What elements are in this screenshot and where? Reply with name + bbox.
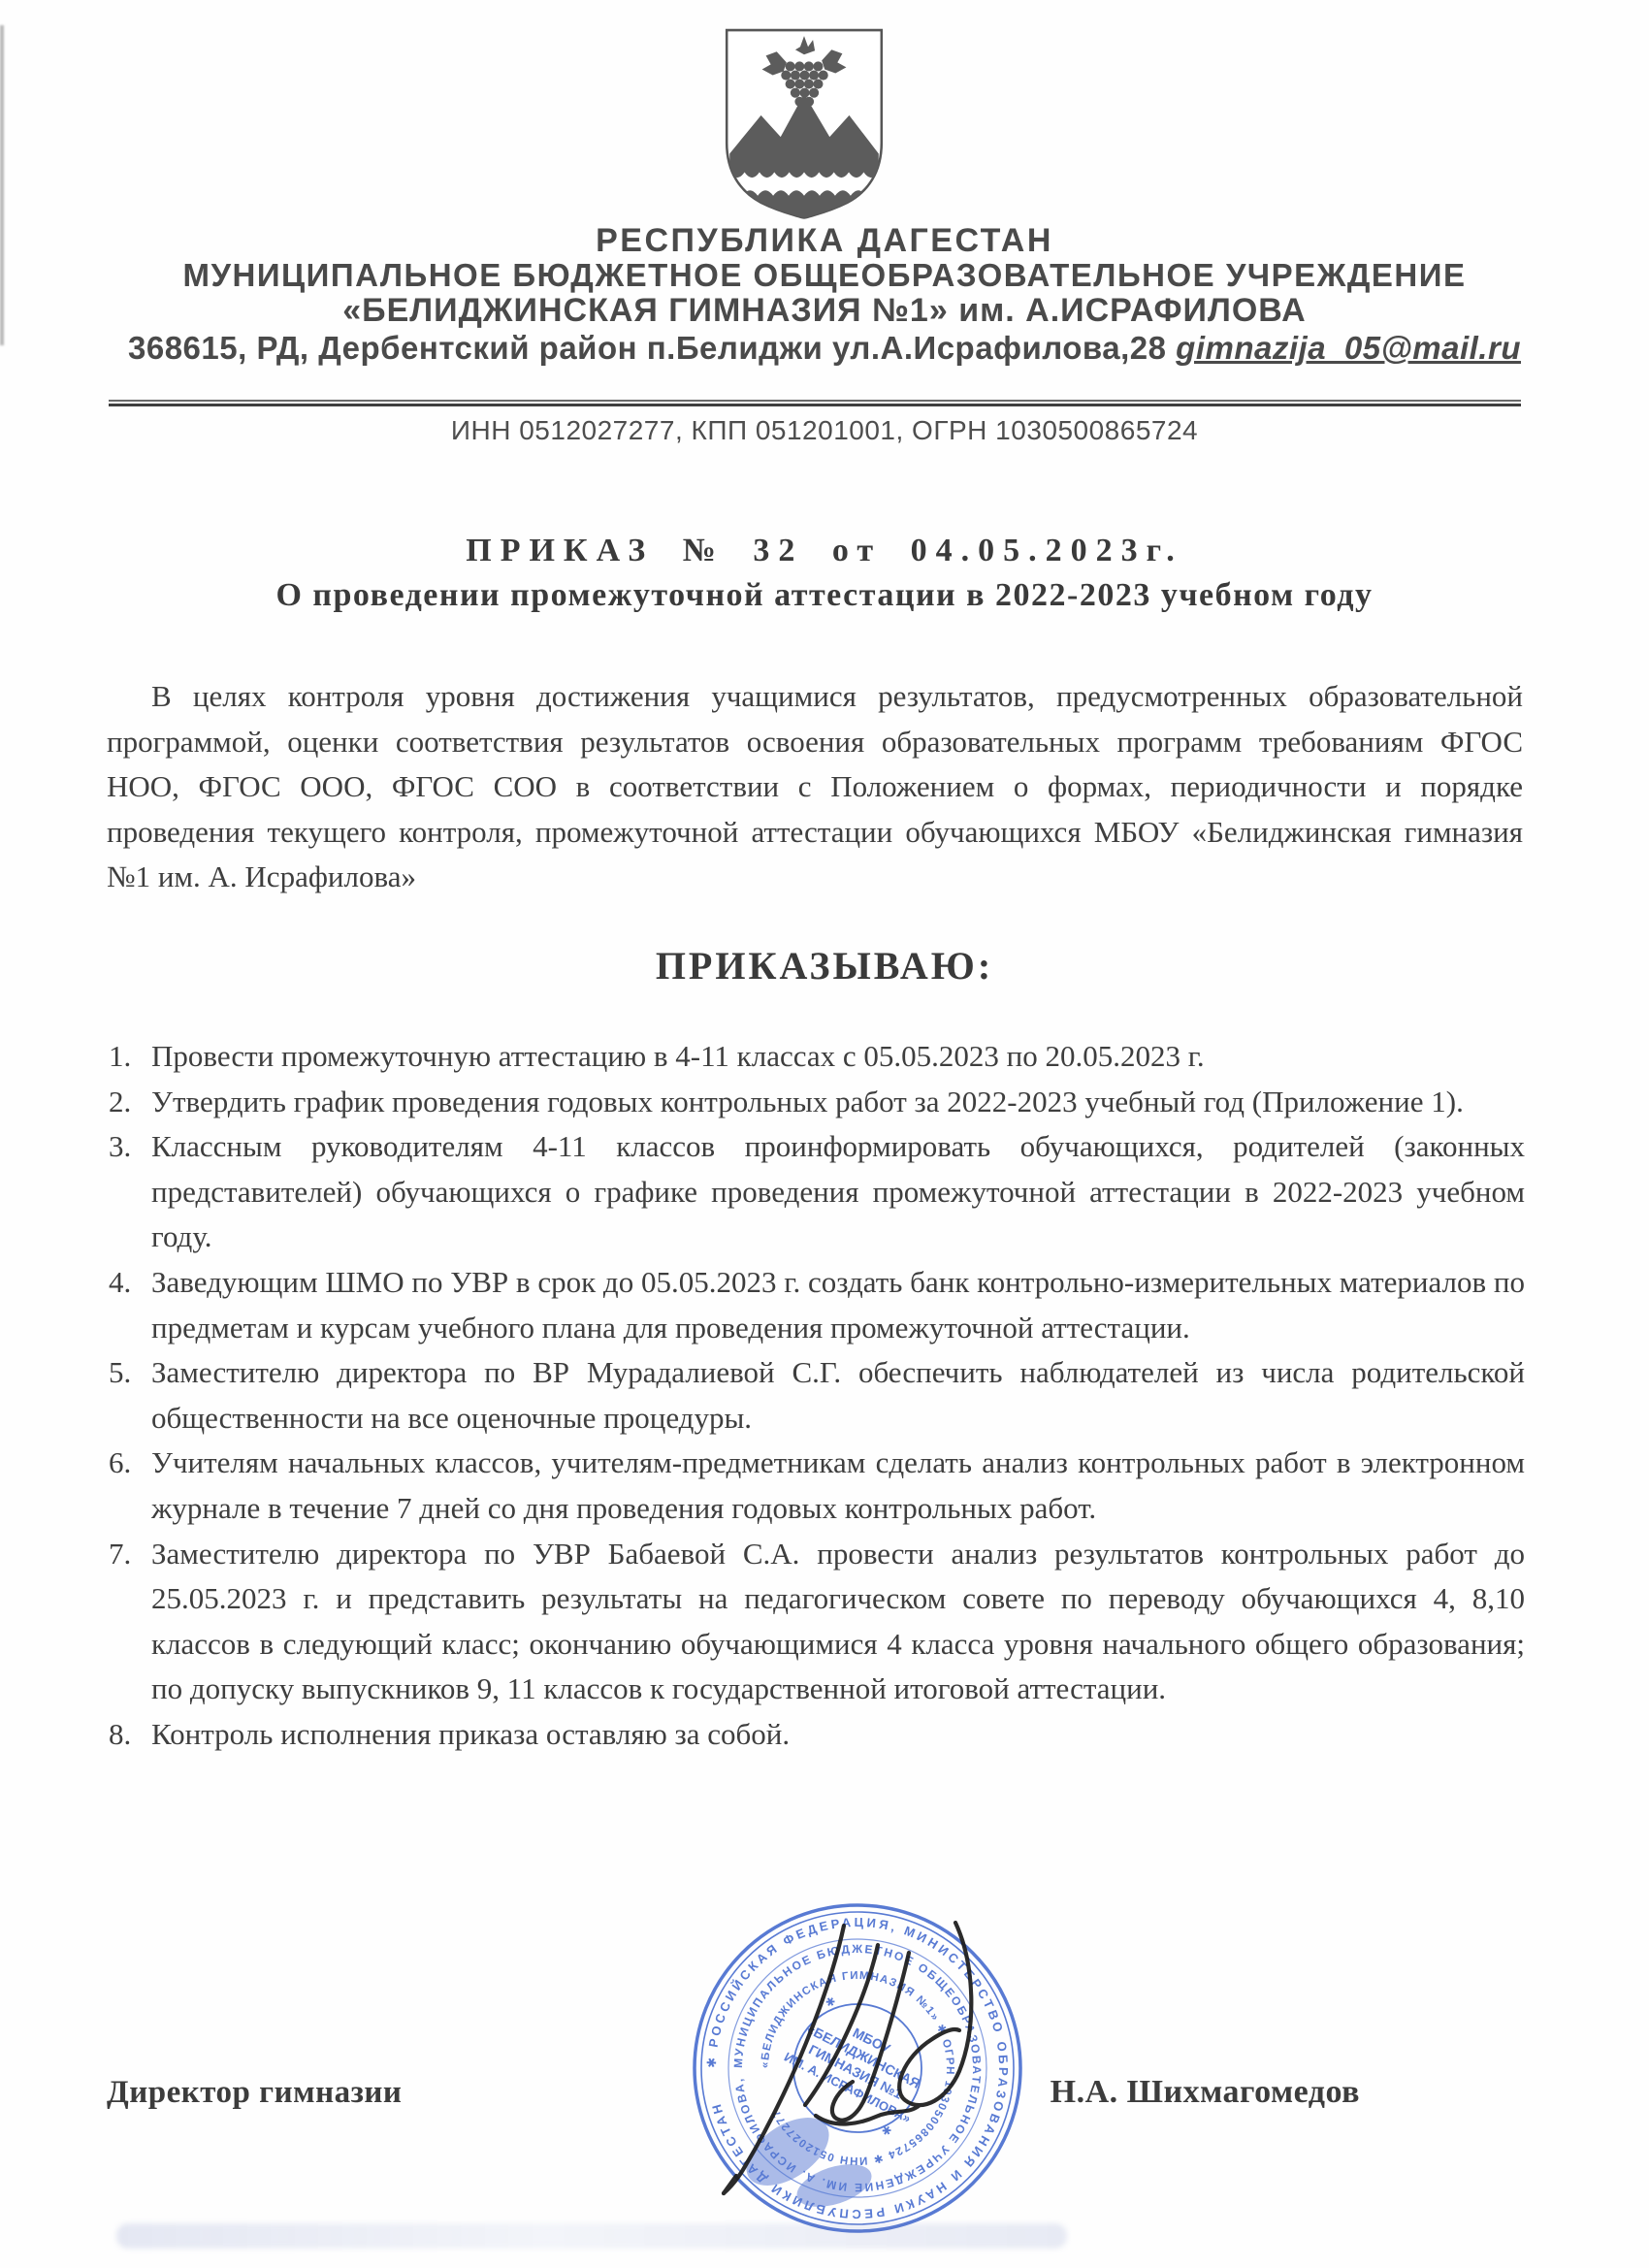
order-item: Провести промежуточную аттестацию в 4-11… xyxy=(107,1034,1525,1080)
signer-name: Н.А. Шихмагомедов xyxy=(1051,2074,1360,2111)
letterhead-requisites: ИНН 0512027277, КПП 051201001, ОГРН 1030… xyxy=(0,415,1649,446)
letterhead-org-type: МУНИЦИПАЛЬНОЕ БЮДЖЕТНОЕ ОБЩЕОБРАЗОВАТЕЛЬ… xyxy=(0,258,1649,293)
order-subject-line: О проведении промежуточной аттестации в … xyxy=(0,576,1649,615)
letterhead-address: 368615, РД, Дербентский район п.Белиджи … xyxy=(128,330,1176,366)
order-item: Утвердить график проведения годовых конт… xyxy=(107,1080,1525,1125)
letterhead-org-name: «БЕЛИДЖИНСКАЯ ГИМНАЗИЯ №1» им. А.ИСРАФИЛ… xyxy=(0,293,1649,328)
letterhead-email: gimnazija_05@mail.ru xyxy=(1176,330,1521,366)
scanned-order-document: РЕСПУБЛИКА ДАГЕСТАН МУНИЦИПАЛЬНОЕ БЮДЖЕТ… xyxy=(0,0,1649,2268)
order-items-list: Провести промежуточную аттестацию в 4-11… xyxy=(107,1034,1525,1758)
scan-ink-smear xyxy=(116,2223,1067,2249)
order-item: Учителям начальных классов, учителям-пре… xyxy=(107,1441,1525,1531)
order-item: Заведующим ШМО по УВР в срок до 05.05.20… xyxy=(107,1260,1525,1350)
order-item: Заместителю директора по УВР Бабаевой С.… xyxy=(107,1532,1525,1712)
order-title-block: ПРИКАЗ № 32 от 04.05.2023г. О проведении… xyxy=(0,532,1649,615)
order-item: Контроль исполнения приказа оставляю за … xyxy=(107,1712,1525,1758)
letterhead-region: РЕСПУБЛИКА ДАГЕСТАН xyxy=(0,223,1649,258)
order-item: Заместителю директора по ВР Мурадалиевой… xyxy=(107,1350,1525,1441)
order-item: Классным руководителям 4-11 классов прои… xyxy=(107,1124,1525,1260)
letterhead-address-line: 368615, РД, Дербентский район п.Белиджи … xyxy=(0,330,1649,367)
signer-position: Директор гимназии xyxy=(107,2075,402,2111)
letterhead: РЕСПУБЛИКА ДАГЕСТАН МУНИЦИПАЛЬНОЕ БЮДЖЕТ… xyxy=(0,223,1649,367)
order-preamble: В целях контроля уровня достижения учащи… xyxy=(107,674,1523,900)
signature-row: Директор гимназии Н.А. Шихмагомедов xyxy=(107,2074,1360,2111)
signature-ink xyxy=(635,1877,1052,2226)
letterhead-divider xyxy=(109,400,1521,406)
decree-word: ПРИКАЗЫВАЮ: xyxy=(0,943,1649,988)
coat-of-arms xyxy=(722,25,887,219)
order-number-line: ПРИКАЗ № 32 от 04.05.2023г. xyxy=(0,532,1649,570)
